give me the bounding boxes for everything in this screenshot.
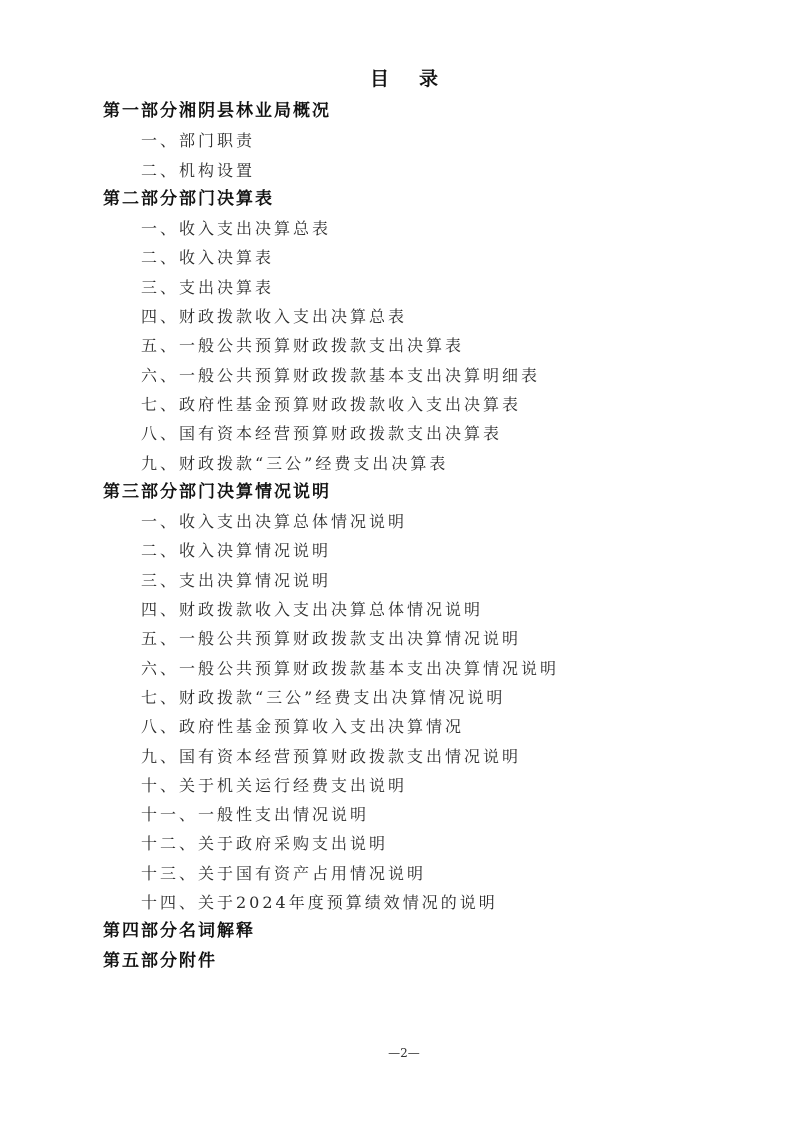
toc-item[interactable]: 十、关于机关运行经费支出说明 bbox=[103, 771, 743, 800]
toc-title-char: 目 bbox=[370, 64, 389, 91]
toc-item[interactable]: 四、财政拨款收入支出决算总体情况说明 bbox=[103, 595, 743, 624]
toc-title-char: 录 bbox=[419, 64, 438, 91]
toc-item[interactable]: 十一、一般性支出情况说明 bbox=[103, 800, 743, 829]
toc-item[interactable]: 二、收入决算表 bbox=[103, 243, 743, 272]
toc-item[interactable]: 九、国有资本经营预算财政拨款支出情况说明 bbox=[103, 742, 743, 771]
toc-item[interactable]: 五、一般公共预算财政拨款支出决算表 bbox=[103, 331, 743, 360]
toc-part-3[interactable]: 第三部分部门决算情况说明 bbox=[103, 478, 743, 507]
toc-item[interactable]: 六、一般公共预算财政拨款基本支出决算明细表 bbox=[103, 361, 743, 390]
toc-item[interactable]: 七、政府性基金预算财政拨款收入支出决算表 bbox=[103, 390, 743, 419]
toc-item[interactable]: 一、收入支出决算总体情况说明 bbox=[103, 507, 743, 536]
toc-title: 目录 bbox=[0, 64, 808, 91]
page-number: —2— bbox=[0, 1046, 808, 1060]
toc-item[interactable]: 十三、关于国有资产占用情况说明 bbox=[103, 859, 743, 888]
toc-item[interactable]: 八、国有资本经营预算财政拨款支出决算表 bbox=[103, 419, 743, 448]
toc-item[interactable]: 一、收入支出决算总表 bbox=[103, 214, 743, 243]
toc-item[interactable]: 九、财政拨款“三公”经费支出决算表 bbox=[103, 449, 743, 478]
document-page: 目录 第一部分湘阴县林业局概况 一、部门职责 二、机构设置 第二部分部门决算表 … bbox=[0, 0, 808, 1134]
toc-item[interactable]: 十二、关于政府采购支出说明 bbox=[103, 829, 743, 858]
toc-item[interactable]: 三、支出决算表 bbox=[103, 273, 743, 302]
toc-part-2[interactable]: 第二部分部门决算表 bbox=[103, 185, 743, 214]
toc-part-1[interactable]: 第一部分湘阴县林业局概况 bbox=[103, 97, 743, 126]
toc-item[interactable]: 二、机构设置 bbox=[103, 156, 743, 185]
toc-item[interactable]: 七、财政拨款“三公”经费支出决算情况说明 bbox=[103, 683, 743, 712]
toc-item[interactable]: 六、一般公共预算财政拨款基本支出决算情况说明 bbox=[103, 654, 743, 683]
toc-item[interactable]: 八、政府性基金预算收入支出决算情况 bbox=[103, 712, 743, 741]
toc-part-4[interactable]: 第四部分名词解释 bbox=[103, 917, 743, 946]
toc-part-5[interactable]: 第五部分附件 bbox=[103, 947, 743, 976]
table-of-contents: 第一部分湘阴县林业局概况 一、部门职责 二、机构设置 第二部分部门决算表 一、收… bbox=[103, 97, 743, 976]
toc-item[interactable]: 十四、关于2024年度预算绩效情况的说明 bbox=[103, 888, 743, 917]
toc-item[interactable]: 五、一般公共预算财政拨款支出决算情况说明 bbox=[103, 624, 743, 653]
toc-item[interactable]: 三、支出决算情况说明 bbox=[103, 566, 743, 595]
toc-item[interactable]: 二、收入决算情况说明 bbox=[103, 536, 743, 565]
toc-item[interactable]: 四、财政拨款收入支出决算总表 bbox=[103, 302, 743, 331]
toc-item[interactable]: 一、部门职责 bbox=[103, 126, 743, 155]
